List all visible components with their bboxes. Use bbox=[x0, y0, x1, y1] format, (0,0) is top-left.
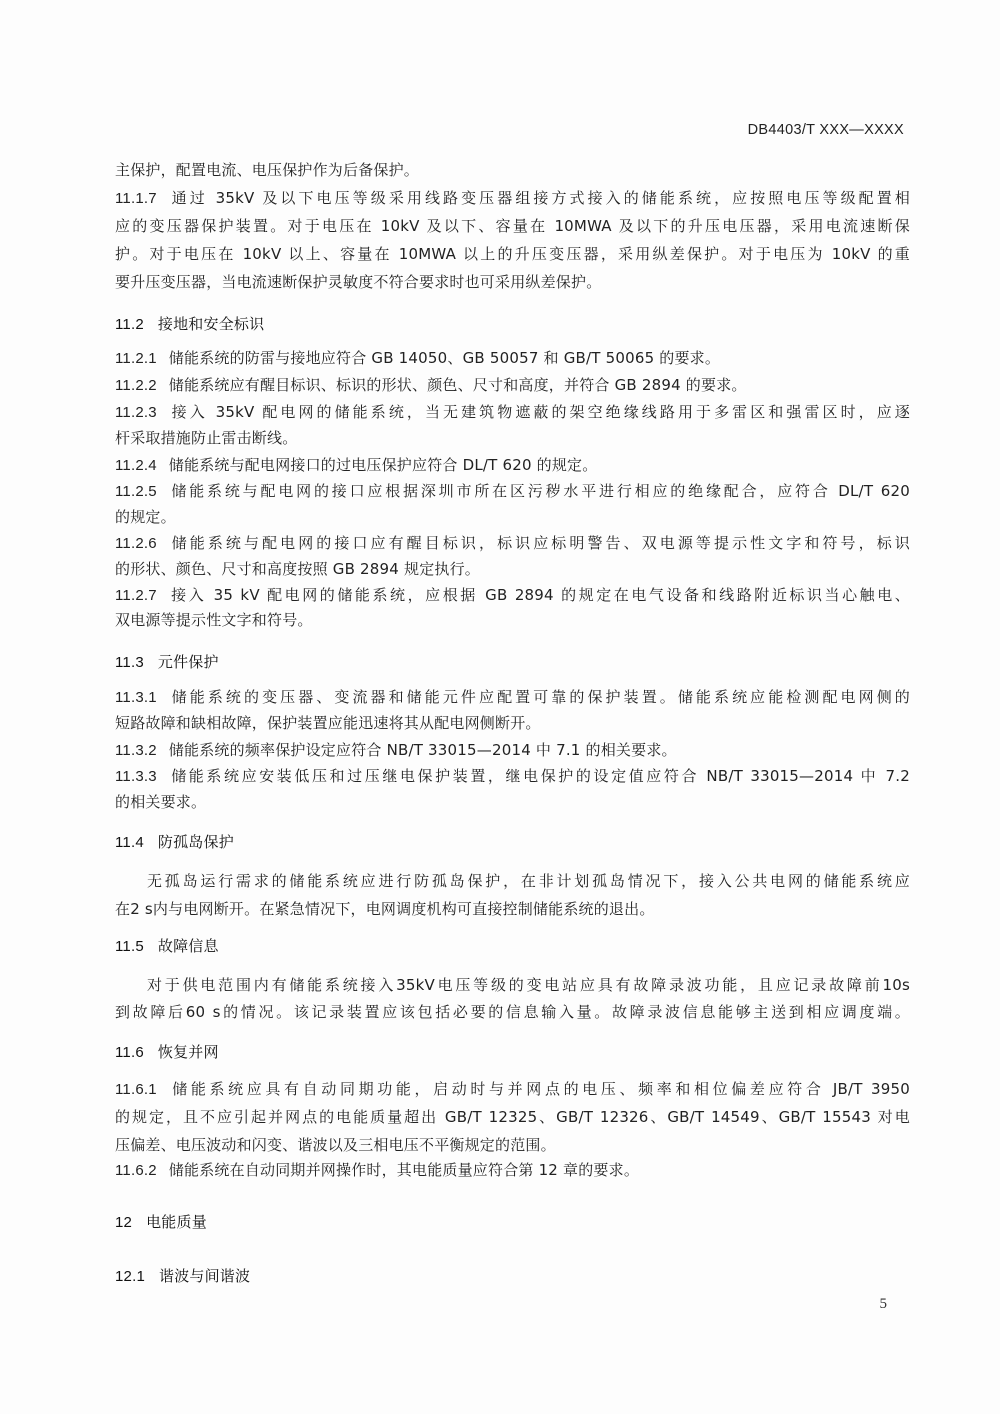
clause-text: 压偏差、电压波动和闪变、谐波以及三相电压不平衡规定的范围。 bbox=[115, 1136, 556, 1154]
paragraph-line: 11.2.7接入 35 kV 配电网的储能系统，应根据 GB 2894 的规定在… bbox=[115, 585, 910, 606]
clause-text: 接入 35 kV 配电网的储能系统，应根据 GB 2894 的规定在电气设备和线… bbox=[169, 586, 910, 604]
section-title: 谐波与间谐波 bbox=[159, 1267, 250, 1285]
clause-text: 在2 s内与电网断开。在紧急情况下，电网调度机构可直接控制储能系统的退出。 bbox=[115, 900, 655, 918]
paragraph-line: 杆采取措施防止雷击断线。 bbox=[115, 428, 910, 448]
clause-number: 11.6.2 bbox=[115, 1161, 157, 1181]
section-number: 11.2 bbox=[115, 315, 144, 335]
clause-number: 11.3.1 bbox=[115, 688, 157, 708]
clause-text: 护。对于电压在 10kV 以上、容量在 10MWA 以上的升压变压器，采用纵差保… bbox=[115, 245, 910, 263]
section-heading: 11.3元件保护 bbox=[115, 652, 910, 673]
clause-number: 11.2.1 bbox=[115, 349, 157, 369]
section-heading: 11.2接地和安全标识 bbox=[115, 314, 910, 335]
clause-text: 储能系统与配电网的接口应根据深圳市所在区污秽水平进行相应的绝缘配合，应符合 DL… bbox=[169, 482, 910, 500]
clause-text: 主保护，配置电流、电压保护作为后备保护。 bbox=[115, 161, 419, 179]
clause-text: 的相关要求。 bbox=[115, 793, 206, 811]
clause-text: 储能系统的变压器、变流器和储能元件应配置可靠的保护装置。储能系统应能检测配电网侧… bbox=[169, 688, 910, 706]
clause-number: 11.1.7 bbox=[115, 189, 157, 209]
clause-number: 11.2.3 bbox=[115, 403, 157, 423]
clause-text: 接入 35kV 配电网的储能系统，当无建筑物遮蔽的架空绝缘线路用于多雷区和强雷区… bbox=[169, 403, 910, 421]
clause-text: 储能系统与配电网的接口应有醒目标识，标识应标明警告、双电源等提示性文字和符号，标… bbox=[169, 534, 910, 552]
section-heading: 12.1谐波与间谐波 bbox=[115, 1266, 910, 1287]
clause-text: 杆采取措施防止雷击断线。 bbox=[115, 429, 297, 447]
paragraph-line: 11.3.1储能系统的变压器、变流器和储能元件应配置可靠的保护装置。储能系统应能… bbox=[115, 687, 910, 708]
section-heading: 11.6恢复并网 bbox=[115, 1042, 910, 1063]
section-title: 电能质量 bbox=[146, 1213, 207, 1231]
clause-text: 的规定，且不应引起并网点的电能质量超出 GB/T 12325、GB/T 1232… bbox=[115, 1108, 910, 1126]
section-number: 11.6 bbox=[115, 1043, 144, 1063]
section-title: 恢复并网 bbox=[158, 1043, 219, 1061]
paragraph-line: 11.1.7通过 35kV 及以下电压等级采用线路变压器组接方式接入的储能系统，… bbox=[115, 188, 910, 209]
clause-text: 要升压变压器，当电流速断保护灵敏度不符合要求时也可采用纵差保护。 bbox=[115, 273, 601, 291]
clause-text: 储能系统应安装低压和过压继电保护装置，继电保护的设定值应符合 NB/T 3301… bbox=[169, 767, 910, 785]
clause-number: 11.2.4 bbox=[115, 456, 157, 476]
clause-text: 无孤岛运行需求的储能系统应进行防孤岛保护，在非计划孤岛情况下，接入公共电网的储能… bbox=[147, 872, 910, 890]
paragraph-line: 11.2.1储能系统的防雷与接地应符合 GB 14050、GB 50057 和 … bbox=[115, 348, 910, 369]
section-number: 11.3 bbox=[115, 653, 144, 673]
clause-text: 的规定。 bbox=[115, 508, 176, 526]
paragraph-line: 无孤岛运行需求的储能系统应进行防孤岛保护，在非计划孤岛情况下，接入公共电网的储能… bbox=[115, 871, 910, 891]
paragraph-line: 11.3.2储能系统的频率保护设定应符合 NB/T 33015—2014 中 7… bbox=[115, 740, 910, 761]
paragraph-line: 11.2.3接入 35kV 配电网的储能系统，当无建筑物遮蔽的架空绝缘线路用于多… bbox=[115, 402, 910, 423]
clause-number: 11.2.5 bbox=[115, 482, 157, 502]
section-title: 防孤岛保护 bbox=[158, 833, 234, 851]
clause-text: 储能系统在自动同期并网操作时，其电能质量应符合第 12 章的要求。 bbox=[169, 1161, 639, 1179]
clause-number: 11.2.6 bbox=[115, 534, 157, 554]
clause-number: 11.6.1 bbox=[115, 1080, 157, 1100]
clause-text: 的形状、颜色、尺寸和高度按照 GB 2894 规定执行。 bbox=[115, 560, 480, 578]
clause-text: 储能系统应具有自动同期功能，启动时与并网点的电压、频率和相位偏差应符合 JB/T… bbox=[169, 1080, 910, 1098]
paragraph-line: 在2 s内与电网断开。在紧急情况下，电网调度机构可直接控制储能系统的退出。 bbox=[115, 899, 910, 919]
section-heading: 11.4防孤岛保护 bbox=[115, 832, 910, 853]
paragraph-line: 的规定，且不应引起并网点的电能质量超出 GB/T 12325、GB/T 1232… bbox=[115, 1107, 910, 1127]
paragraph-line: 主保护，配置电流、电压保护作为后备保护。 bbox=[115, 160, 910, 180]
clause-text: 双电源等提示性文字和符号。 bbox=[115, 611, 313, 629]
clause-text: 储能系统的频率保护设定应符合 NB/T 33015—2014 中 7.1 的相关… bbox=[169, 741, 677, 759]
document-code-header: DB4403/T XXX—XXXX bbox=[748, 122, 904, 138]
section-number: 11.5 bbox=[115, 937, 144, 957]
paragraph-line: 11.6.2储能系统在自动同期并网操作时，其电能质量应符合第 12 章的要求。 bbox=[115, 1160, 910, 1181]
paragraph-line: 护。对于电压在 10kV 以上、容量在 10MWA 以上的升压变压器，采用纵差保… bbox=[115, 244, 910, 264]
clause-number: 11.3.2 bbox=[115, 741, 157, 761]
clause-text: 储能系统与配电网接口的过电压保护应符合 DL/T 620 的规定。 bbox=[169, 456, 598, 474]
section-heading: 11.5故障信息 bbox=[115, 936, 910, 957]
clause-number: 11.2.7 bbox=[115, 586, 157, 606]
document-page: DB4403/T XXX—XXXX 主保护，配置电流、电压保护作为后备保护。11… bbox=[0, 0, 1000, 1414]
paragraph-line: 应的变压器保护装置。对于电压在 10kV 及以下、容量在 10MWA 及以下的升… bbox=[115, 216, 910, 236]
section-title: 故障信息 bbox=[158, 937, 219, 955]
paragraph-line: 11.2.6储能系统与配电网的接口应有醒目标识，标识应标明警告、双电源等提示性文… bbox=[115, 533, 910, 554]
paragraph-line: 到故障后60 s的情况。该记录装置应该包括必要的信息输入量。故障录波信息能够主送… bbox=[115, 1002, 910, 1022]
clause-text: 到故障后60 s的情况。该记录装置应该包括必要的信息输入量。故障录波信息能够主送… bbox=[115, 1003, 910, 1021]
paragraph-line: 的相关要求。 bbox=[115, 792, 910, 812]
clause-text: 储能系统的防雷与接地应符合 GB 14050、GB 50057 和 GB/T 5… bbox=[169, 349, 720, 367]
paragraph-line: 压偏差、电压波动和闪变、谐波以及三相电压不平衡规定的范围。 bbox=[115, 1135, 910, 1155]
paragraph-line: 短路故障和缺相故障，保护装置应能迅速将其从配电网侧断开。 bbox=[115, 713, 910, 733]
paragraph-line: 11.2.5储能系统与配电网的接口应根据深圳市所在区污秽水平进行相应的绝缘配合，… bbox=[115, 481, 910, 502]
clause-text: 应的变压器保护装置。对于电压在 10kV 及以下、容量在 10MWA 及以下的升… bbox=[115, 217, 910, 235]
paragraph-line: 11.2.4储能系统与配电网接口的过电压保护应符合 DL/T 620 的规定。 bbox=[115, 455, 910, 476]
clause-number: 11.3.3 bbox=[115, 767, 157, 787]
clause-text: 短路故障和缺相故障，保护装置应能迅速将其从配电网侧断开。 bbox=[115, 714, 541, 732]
paragraph-line: 的规定。 bbox=[115, 507, 910, 527]
clause-text: 对于供电范围内有储能系统接入35kV电压等级的变电站应具有故障录波功能，且应记录… bbox=[147, 976, 910, 994]
section-title: 元件保护 bbox=[158, 653, 219, 671]
paragraph-line: 11.3.3储能系统应安装低压和过压继电保护装置，继电保护的设定值应符合 NB/… bbox=[115, 766, 910, 787]
page-number: 5 bbox=[880, 1296, 888, 1313]
paragraph-line: 的形状、颜色、尺寸和高度按照 GB 2894 规定执行。 bbox=[115, 559, 910, 579]
paragraph-line: 对于供电范围内有储能系统接入35kV电压等级的变电站应具有故障录波功能，且应记录… bbox=[115, 975, 910, 995]
paragraph-line: 11.6.1储能系统应具有自动同期功能，启动时与并网点的电压、频率和相位偏差应符… bbox=[115, 1079, 910, 1100]
paragraph-line: 双电源等提示性文字和符号。 bbox=[115, 610, 910, 630]
section-number: 11.4 bbox=[115, 833, 144, 853]
section-heading: 12电能质量 bbox=[115, 1212, 910, 1233]
paragraph-line: 要升压变压器，当电流速断保护灵敏度不符合要求时也可采用纵差保护。 bbox=[115, 272, 910, 292]
clause-text: 储能系统应有醒目标识、标识的形状、颜色、尺寸和高度，并符合 GB 2894 的要… bbox=[169, 376, 747, 394]
section-number: 12.1 bbox=[115, 1267, 145, 1287]
paragraph-line: 11.2.2储能系统应有醒目标识、标识的形状、颜色、尺寸和高度，并符合 GB 2… bbox=[115, 375, 910, 396]
clause-number: 11.2.2 bbox=[115, 376, 157, 396]
section-title: 接地和安全标识 bbox=[158, 315, 264, 333]
clause-text: 通过 35kV 及以下电压等级采用线路变压器组接方式接入的储能系统，应按照电压等… bbox=[169, 189, 910, 207]
section-number: 12 bbox=[115, 1213, 132, 1233]
